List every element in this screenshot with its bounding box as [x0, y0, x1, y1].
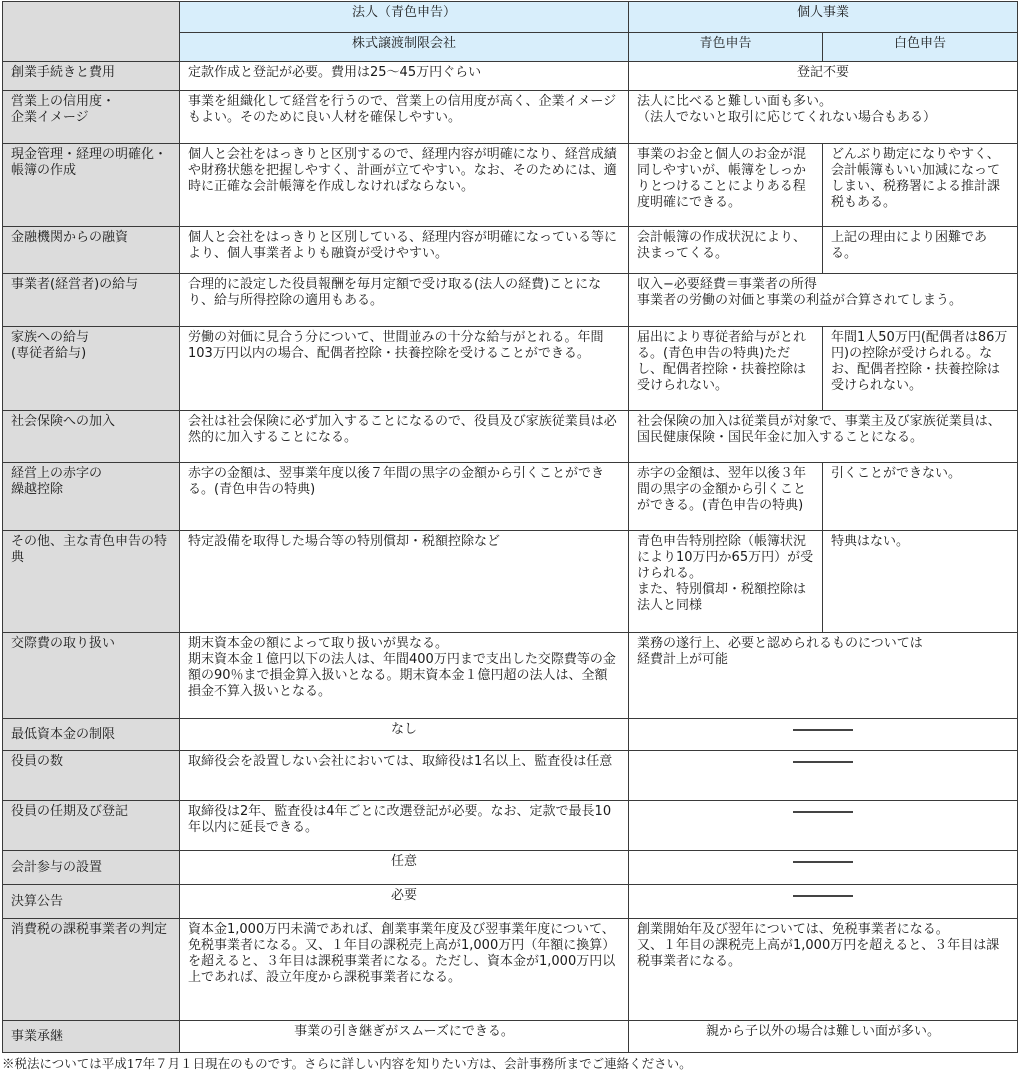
corp-cell: 事業の引き継ぎがスムーズにできる。: [180, 1021, 629, 1053]
blue-return-cell: 会計帳簿の作成状況により、決まってくる。: [629, 227, 823, 274]
row-label: その他、主な青色申告の特典: [3, 531, 180, 633]
row-label: 消費税の課税事業者の判定: [3, 919, 180, 1021]
corp-cell: 必要: [180, 885, 629, 919]
table-row: 経営上の赤字の 繰越控除 赤字の金額は、翌事業年度以後７年間の黒字の金額から引く…: [3, 463, 1018, 531]
header-individual: 個人事業: [629, 2, 1018, 33]
dash-not-applicable: [793, 761, 853, 763]
corp-cell: 定款作成と登記が必要。費用は25〜45万円ぐらい: [180, 62, 629, 91]
individual-cell: 登記不要: [629, 62, 1018, 91]
row-label: 決算公告: [3, 885, 180, 919]
white-return-cell: 上記の理由により困難である。: [823, 227, 1018, 274]
individual-cell: [629, 885, 1018, 919]
dash-not-applicable: [793, 811, 853, 813]
white-return-cell: 年間1人50万円(配偶者は86万円)の控除が受けられる。なお、配偶者控除・扶養控…: [823, 327, 1018, 411]
row-label: 社会保険への加入: [3, 411, 180, 463]
blue-return-cell: 青色申告特別控除（帳簿状況により10万円か65万円）が受けられる。 また、特別償…: [629, 531, 823, 633]
table-row: 金融機関からの融資 個人と会社をはっきりと区別している、経理内容が明確になってい…: [3, 227, 1018, 274]
corp-cell: 期末資本金の額によって取り扱いが異なる。 期末資本金１億円以下の法人は、年間40…: [180, 633, 629, 719]
corp-cell: 特定設備を取得した場合等の特別償却・税額控除など: [180, 531, 629, 633]
dash-not-applicable: [793, 861, 853, 863]
corp-cell: 取締役会を設置しない会社においては、取締役は1名以上、監査役は任意: [180, 751, 629, 801]
row-label: 交際費の取り扱い: [3, 633, 180, 719]
row-label: 事業者(経営者)の給与: [3, 274, 180, 327]
individual-cell: 法人に比べると難しい面も多い。 （法人でないと取引に応じてくれない場合もある）: [629, 91, 1018, 144]
table-row: 決算公告 必要: [3, 885, 1018, 919]
corp-cell: 資本金1,000万円未満であれば、創業事業年度及び翌事業年度について、免税事業者…: [180, 919, 629, 1021]
individual-cell: 創業開始年及び翌年については、免税事業者になる。 又、１年目の課税売上高が1,0…: [629, 919, 1018, 1021]
individual-cell: [629, 751, 1018, 801]
corp-cell: 個人と会社をはっきりと区別している、経理内容が明確になっている等により、個人事業…: [180, 227, 629, 274]
table-row: 創業手続きと費用 定款作成と登記が必要。費用は25〜45万円ぐらい 登記不要: [3, 62, 1018, 91]
header-corner: [3, 2, 180, 62]
table-row: 事業者(経営者)の給与 合理的に設定した役員報酬を毎月定額で受け取る(法人の経費…: [3, 274, 1018, 327]
corp-cell: 会社は社会保険に必ず加入することになるので、役員及び家族従業員は必然的に加入する…: [180, 411, 629, 463]
table-row: 交際費の取り扱い 期末資本金の額によって取り扱いが異なる。 期末資本金１億円以下…: [3, 633, 1018, 719]
corp-cell: 任意: [180, 851, 629, 885]
individual-cell: 親から子以外の場合は難しい面が多い。: [629, 1021, 1018, 1053]
dash-not-applicable: [793, 895, 853, 897]
row-label: 役員の数: [3, 751, 180, 801]
table-row: 家族への給与 (専従者給与) 労働の対価に見合う分について、世間並みの十分な給与…: [3, 327, 1018, 411]
corp-cell: 個人と会社をはっきりと区別するので、経理内容が明確になり、経営成績や財務状態を把…: [180, 144, 629, 227]
header-corporation: 法人（青色申告）: [180, 2, 629, 33]
row-label: 営業上の信用度・ 企業イメージ: [3, 91, 180, 144]
row-label: 役員の任期及び登記: [3, 801, 180, 851]
row-label: 事業承継: [3, 1021, 180, 1053]
table-row: 事業承継 事業の引き継ぎがスムーズにできる。 親から子以外の場合は難しい面が多い…: [3, 1021, 1018, 1053]
individual-cell: 社会保険の加入は従業員が対象で、事業主及び家族従業員は、国民健康保険・国民年金に…: [629, 411, 1018, 463]
white-return-cell: 特典はない。: [823, 531, 1018, 633]
table-row: 最低資本金の制限 なし: [3, 719, 1018, 751]
footnote: ※税法については平成17年７月１日現在のものです。さらに詳しい内容を知りたい方は…: [2, 1054, 692, 1072]
blue-return-cell: 届出により専従者給与がとれる。(青色申告の特典)ただし、配偶者控除・扶養控除は受…: [629, 327, 823, 411]
individual-cell: [629, 719, 1018, 751]
corp-cell: なし: [180, 719, 629, 751]
blue-return-cell: 事業のお金と個人のお金が混同しやすいが、帳簿をしっかりとつけることによりある程度…: [629, 144, 823, 227]
table-row: 会計参与の設置 任意: [3, 851, 1018, 885]
dash-not-applicable: [793, 729, 853, 731]
individual-cell: 業務の遂行上、必要と認められるものについては 経費計上が可能: [629, 633, 1018, 719]
corp-cell: 取締役は2年、監査役は4年ごとに改選登記が必要。なお、定款で最長10年以内に延長…: [180, 801, 629, 851]
table-row: 営業上の信用度・ 企業イメージ 事業を組織化して経営を行うので、営業上の信用度が…: [3, 91, 1018, 144]
corp-cell: 事業を組織化して経営を行うので、営業上の信用度が高く、企業イメージもよい。そのた…: [180, 91, 629, 144]
table-row: 役員の数 取締役会を設置しない会社においては、取締役は1名以上、監査役は任意: [3, 751, 1018, 801]
row-label: 最低資本金の制限: [3, 719, 180, 751]
corp-cell: 合理的に設定した役員報酬を毎月定額で受け取る(法人の経費)ことになり、給与所得控…: [180, 274, 629, 327]
row-label: 会計参与の設置: [3, 851, 180, 885]
header-white-return: 白色申告: [823, 33, 1018, 62]
row-label: 経営上の赤字の 繰越控除: [3, 463, 180, 531]
corp-cell: 労働の対価に見合う分について、世間並みの十分な給与がとれる。年間103万円以内の…: [180, 327, 629, 411]
row-label: 創業手続きと費用: [3, 62, 180, 91]
row-label: 現金管理・経理の明確化・帳簿の作成: [3, 144, 180, 227]
row-label: 家族への給与 (専従者給与): [3, 327, 180, 411]
white-return-cell: どんぶり勘定になりやすく、会計帳簿もいい加減になってしまい、税務署による推計課税…: [823, 144, 1018, 227]
corp-cell: 赤字の金額は、翌事業年度以後７年間の黒字の金額から引くことができる。(青色申告の…: [180, 463, 629, 531]
individual-cell: [629, 801, 1018, 851]
table-row: その他、主な青色申告の特典 特定設備を取得した場合等の特別償却・税額控除など 青…: [3, 531, 1018, 633]
row-label: 金融機関からの融資: [3, 227, 180, 274]
table-row: 消費税の課税事業者の判定 資本金1,000万円未満であれば、創業事業年度及び翌事…: [3, 919, 1018, 1021]
header-blue-return: 青色申告: [629, 33, 823, 62]
comparison-table: 法人（青色申告） 個人事業 株式譲渡制限会社 青色申告 白色申告 創業手続きと費…: [2, 1, 1018, 1053]
blue-return-cell: 赤字の金額は、翌年以後３年間の黒字の金額から引くことができる。(青色申告の特典): [629, 463, 823, 531]
table-row: 役員の任期及び登記 取締役は2年、監査役は4年ごとに改選登記が必要。なお、定款で…: [3, 801, 1018, 851]
table-row: 現金管理・経理の明確化・帳簿の作成 個人と会社をはっきりと区別するので、経理内容…: [3, 144, 1018, 227]
individual-cell: [629, 851, 1018, 885]
header-corporation-sub: 株式譲渡制限会社: [180, 33, 629, 62]
individual-cell: 収入−必要経費＝事業者の所得 事業者の労働の対価と事業の利益が合算されてしまう。: [629, 274, 1018, 327]
table-row: 社会保険への加入 会社は社会保険に必ず加入することになるので、役員及び家族従業員…: [3, 411, 1018, 463]
white-return-cell: 引くことができない。: [823, 463, 1018, 531]
